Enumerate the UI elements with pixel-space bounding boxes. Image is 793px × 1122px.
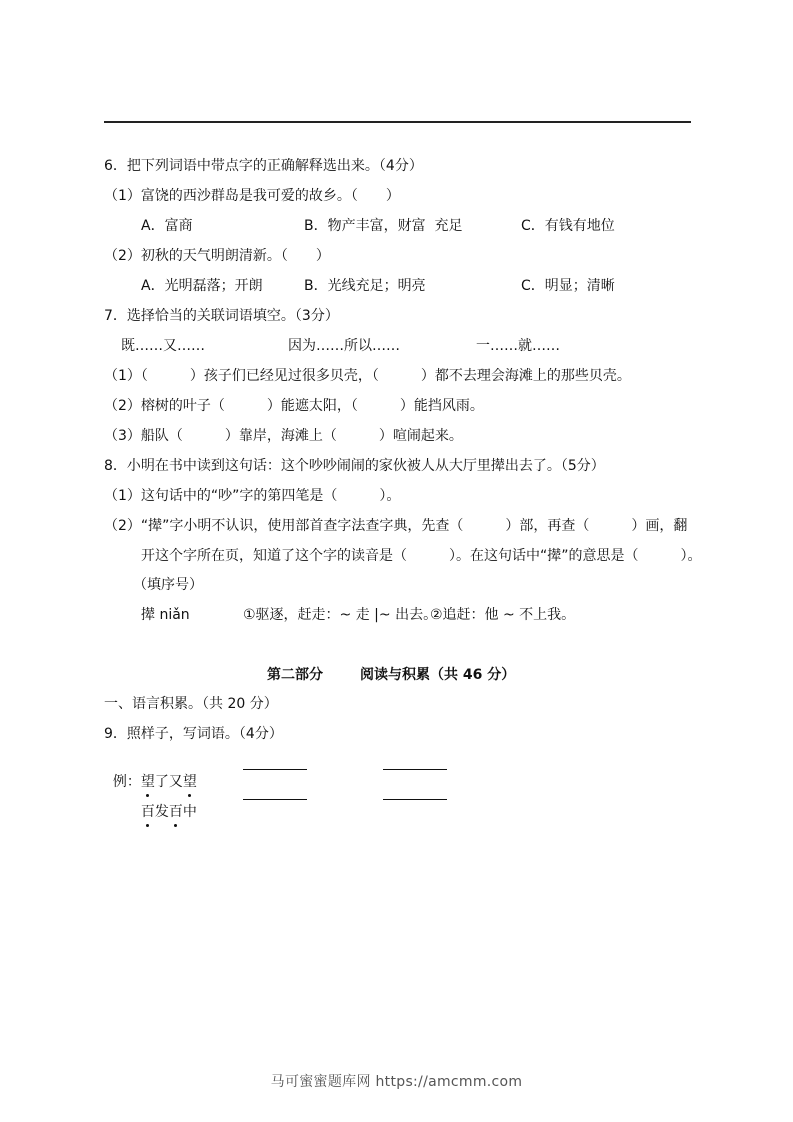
q6-sub1-option-a: A．富商 [141,217,193,235]
q8-sub2-line3: （填序号） [133,576,203,594]
q6-sub2-stem: （2）初秋的天气明朗清新。（ ） [104,247,330,265]
q7-title: 7．选择恰当的关联词语填空。（3分） [104,307,339,325]
q9-answer-blank-1[interactable] [243,769,307,770]
q7-item-3: （3）船队（ ）靠岸，海滩上（ ）喧闹起来。 [104,427,463,445]
q8-definition-word: 撵 niǎn [141,606,190,624]
q9-answer-blank-2[interactable] [383,769,447,770]
header-rule [104,121,691,123]
q8-sub1: （1）这句话中的“吵”字的第四笔是（ ）。 [104,487,400,505]
q6-sub1-option-c: C．有钱有地位 [521,217,615,235]
q7-item-1: （1）（ ）孩子们已经见过很多贝壳，（ ）都不去理会海滩上的那些贝壳。 [104,367,631,385]
q9-example2-char-2: 发 [155,804,169,820]
q6-sub2-option-b: B．光线充足；明亮 [304,277,426,295]
q9-answer-blank-3[interactable] [243,799,307,800]
q8-sub2-line2: 开这个字所在页，知道了这个字的读音是（ ）。在这句话中“撵”的意思是（ ）。 [141,547,702,565]
q8-definition-meaning-2: ②追赶：他 ~ 不上我。 [430,606,575,624]
q7-item-2: （2）榕树的叶子（ ）能遮太阳，（ ）能挡风雨。 [104,397,484,415]
q7-choice-2: 因为……所以…… [288,337,400,355]
q7-choice-1: 既……又…… [121,337,205,355]
q9-example2-char-4: 中 [183,804,197,820]
q8-title: 8．小明在书中读到这句话：这个吵吵闹闹的家伙被人从大厅里撵出去了。（5分） [104,457,605,475]
q6-sub1-stem: （1）富饶的西沙群岛是我可爱的故乡。（ ） [104,187,400,205]
part2-heading-right: 阅读与积累（共 46 分） [360,666,515,684]
q9-example-row-2: 百发百中 [132,785,197,821]
part2-heading-left: 第二部分 [267,666,323,684]
q6-sub2-option-c: C．明显；清晰 [521,277,615,295]
q7-choice-3: 一……就…… [476,337,560,355]
q9-title: 9．照样子，写词语。（4分） [104,725,283,743]
q8-definition-meaning-1: ①驱逐，赶走：~ 走 |~ 出去。 [243,606,437,624]
q6-sub1-option-b: B．物产丰富，财富 充足 [304,217,463,235]
q9-answer-blank-4[interactable] [383,799,447,800]
section1-title: 一、语言积累。（共 20 分） [104,695,278,713]
q9-example2-char-3: 百 [169,803,183,821]
q6-title: 6．把下列词语中带点字的正确解释选出来。（4分） [104,157,423,175]
q8-sub2-line1: （2）“撵”字小明不认识，使用部首查字法查字典，先查（ ）部，再查（ ）画，翻 [104,517,687,535]
q9-example2-char-1: 百 [141,803,155,821]
q6-sub2-option-a: A．光明磊落；开朗 [141,277,263,295]
footer-watermark: 马可蜜蜜题库网 https://amcmm.com [0,1071,793,1091]
